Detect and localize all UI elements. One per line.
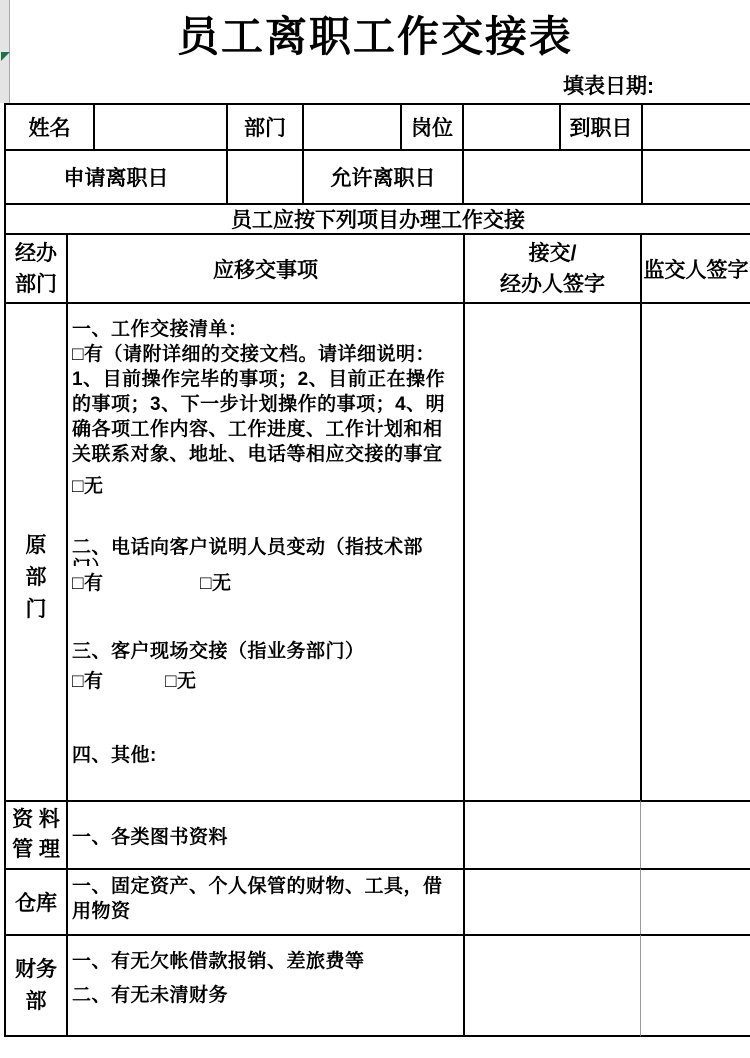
handover-item4-title: 四、其他:: [72, 740, 157, 767]
handover-item3-options: □有 □无: [68, 666, 463, 692]
fill-date-label: 填表日期:: [563, 70, 654, 100]
header-receiver-cell: 接交/ 经办人签字: [463, 233, 640, 302]
original-dept-label: 原 部 门: [6, 530, 66, 626]
section-note-cell: 员工应按下列项目办理工作交接: [4, 203, 750, 233]
header-dept-line1: 经办: [15, 238, 57, 269]
header-dept-line2: 部门: [15, 269, 57, 300]
allow-resign-date-value-cell[interactable]: [462, 149, 641, 203]
header-dept-cell: 经办 部门: [4, 233, 66, 302]
handover-item3-yes-checkbox[interactable]: □有: [72, 666, 103, 693]
warehouse-label-cell: 仓库: [4, 868, 66, 934]
handover-item2-no-checkbox[interactable]: □无: [200, 568, 231, 595]
finance-label-cell: 财务 部: [4, 934, 66, 1037]
materials-receiver-sign-cell[interactable]: [463, 800, 640, 868]
original-dept-items-cell: 一、工作交接清单： □有（请附详细的交接文档。请详细说明： 1、目前操作完毕的事…: [66, 302, 463, 800]
handover-item3-title: 三、客户现场交接（指业务部门）: [72, 636, 365, 663]
header-items-cell: 应移交事项: [66, 233, 463, 302]
name-label-cell: 姓名: [4, 103, 93, 149]
original-dept-supervisor-sign-cell[interactable]: [640, 302, 750, 800]
handover-item1-no-checkbox[interactable]: □无: [72, 471, 103, 498]
materials-item-cell: 一、各类图书资料: [66, 800, 463, 868]
handover-item2-title: 二、电话向客户说明人员变动（指技术部: [72, 532, 423, 559]
apply-resign-date-value-cell[interactable]: [226, 149, 302, 203]
hire-date-value-cell[interactable]: [641, 103, 750, 149]
department-label-cell: 部门: [226, 103, 302, 149]
name-value-cell[interactable]: [93, 103, 226, 149]
materials-supervisor-sign-cell[interactable]: [640, 800, 750, 868]
original-dept-label-cell: 原 部 门: [4, 302, 66, 800]
handover-item2-options: □有 □无: [68, 568, 463, 594]
handover-item1-title: 一、工作交接清单：: [72, 314, 248, 341]
department-value-cell[interactable]: [302, 103, 400, 149]
handover-item3-no-checkbox[interactable]: □无: [165, 666, 196, 693]
finance-supervisor-sign-cell[interactable]: [640, 934, 750, 1037]
position-value-cell[interactable]: [462, 103, 559, 149]
finance-receiver-sign-cell[interactable]: [463, 934, 640, 1037]
warehouse-receiver-sign-cell[interactable]: [463, 868, 640, 934]
handover-item2-clipped-text: 门）: [72, 556, 111, 566]
handover-item2-yes-checkbox[interactable]: □有: [72, 568, 103, 595]
row2-extra-value-cell[interactable]: [641, 149, 750, 203]
position-label-cell: 岗位: [400, 103, 462, 149]
warehouse-supervisor-sign-cell[interactable]: [640, 868, 750, 934]
allow-resign-date-label-cell: 允许离职日: [302, 149, 462, 203]
header-receiver-line2: 经办人签字: [500, 269, 605, 300]
header-supervisor-cell: 监交人签字: [640, 233, 750, 302]
finance-items-cell: 一、有无欠帐借款报销、差旅费等 二、有无未清财务: [66, 934, 463, 1037]
page-title: 员工离职工作交接表: [0, 4, 750, 64]
header-receiver-line1: 接交/: [529, 238, 577, 269]
warehouse-item-cell: 一、固定资产、个人保管的财物、工具，借 用物资: [66, 868, 463, 934]
handover-item1-detail: □有（请附详细的交接文档。请详细说明： 1、目前操作完毕的事项；2、目前正在操作…: [72, 342, 445, 467]
original-dept-receiver-sign-cell[interactable]: [463, 302, 640, 800]
hire-date-label-cell: 到职日: [559, 103, 641, 149]
apply-resign-date-label-cell: 申请离职日: [4, 149, 226, 203]
materials-label-cell: 资 料 管 理: [4, 800, 66, 868]
